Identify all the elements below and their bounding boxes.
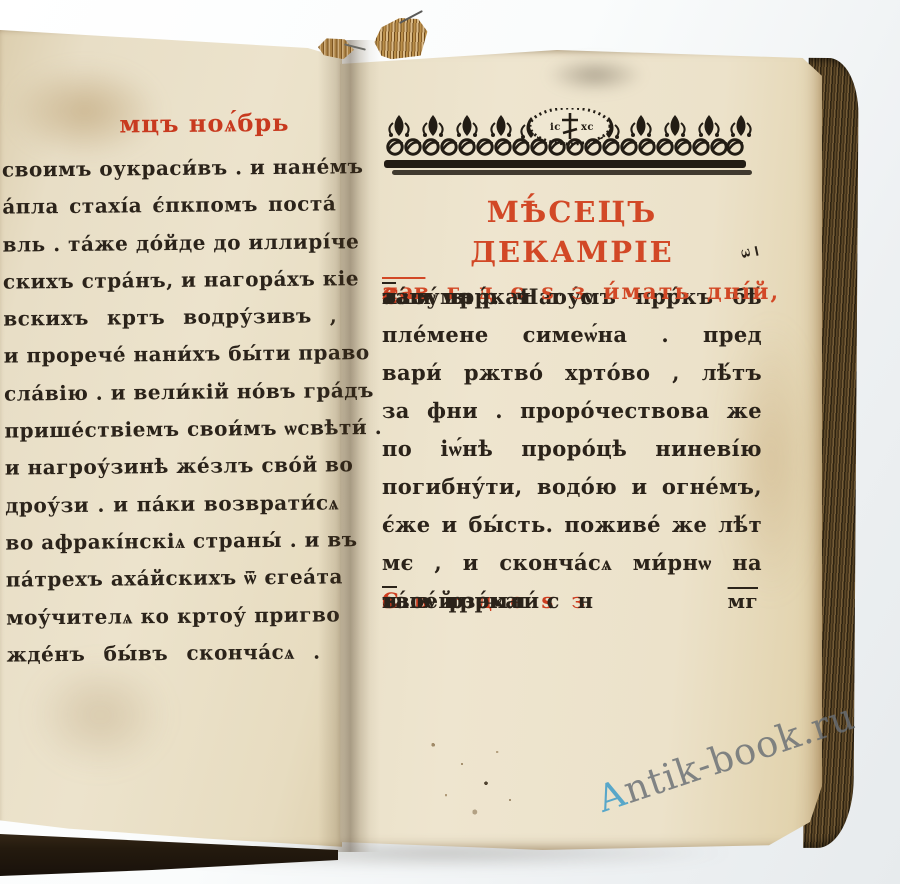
month-title: МѢ́СЕЦЪ ДЕКАМРІЕ (382, 192, 762, 272)
foxing-spots (398, 716, 558, 836)
saint-heading: та́гѡ прр́ка (382, 278, 519, 316)
right-page-text: іс хс МѢ́СЕЦЪ ДЕКАМРІЕ а в г д є ѕ з и́м… (382, 108, 762, 620)
headpiece-ornament: іс хс (382, 108, 758, 184)
text-line: є́же и бы́сть. поживе́ же лѣ́т (382, 506, 762, 544)
text-line: мє , и сконча́сѧ ми́рнѡ на (382, 544, 762, 582)
text-line: за фни . проро́чествова же (382, 392, 762, 430)
book-photo: мцъ ноѧ́брь своимъ оукраси́въ . и нане́м… (0, 0, 900, 884)
ornament-xc-label: хс (581, 122, 594, 133)
text-line: своимъ оукраси́въ . и нане́мъ (2, 148, 336, 189)
day-number: а (382, 278, 396, 316)
text-line: прише́ствіемъ свои́мъ ѡсвѣти́ . (4, 409, 338, 450)
left-page-text: мцъ ноѧ́брь своимъ оукраси́въ . и нане́м… (1, 102, 340, 673)
text-line: вскихъ кртъ водру́зивъ , (3, 298, 337, 339)
cross-medallion: іс хс (530, 108, 610, 144)
text-line: сла́вію . и вели́кій но́въ гра́дъ (4, 372, 338, 413)
text-line: вари́ ржтво́ хрто́во , лѣ́тъ (382, 354, 762, 392)
text-line: и прорече́ нани́хъ бы́ти право (4, 335, 338, 376)
text-line: погибну́ти, водо́ю и огне́мъ, (382, 468, 762, 506)
text-line: пле́мене симеѡ́на . пред (382, 316, 762, 354)
text-line: па́трехъ аха́йскихъ ѿ єгеа́та (6, 559, 340, 600)
right-page-body: н п в р ч т сСта́гѡ прр́каа наоу́ма . На… (382, 278, 762, 582)
ornament-ic-label: іс (550, 122, 561, 133)
text-line: во афракі́нскіѧ страны́ . и въ (5, 521, 339, 562)
text-line: вль . та́же до́йде до иллирі́че (2, 223, 336, 264)
left-page-header: мцъ ноѧ́брь (1, 102, 335, 145)
text-line: и нагроу́зинѣ же́злъ сво́й во (5, 447, 339, 488)
text-line: скихъ стра́нъ, и нагора́хъ кіе (3, 260, 337, 301)
text-line: жде́нъ бы́въ сконча́сѧ . (6, 633, 320, 673)
text-line: моу́чителѧ ко кртоу́ пригво (6, 596, 340, 637)
text-line: по іѡ́нѣ проро́цѣ ниневі́ю (382, 430, 762, 468)
text-line: дроу́зи . и па́ки возврати́сѧ (5, 484, 339, 525)
day-number: в (382, 582, 397, 620)
text-line: а́пла стахі́а є́пкпомъ поста́ (2, 186, 336, 227)
saint-heading: та́гѡ прр́ка (382, 582, 519, 620)
